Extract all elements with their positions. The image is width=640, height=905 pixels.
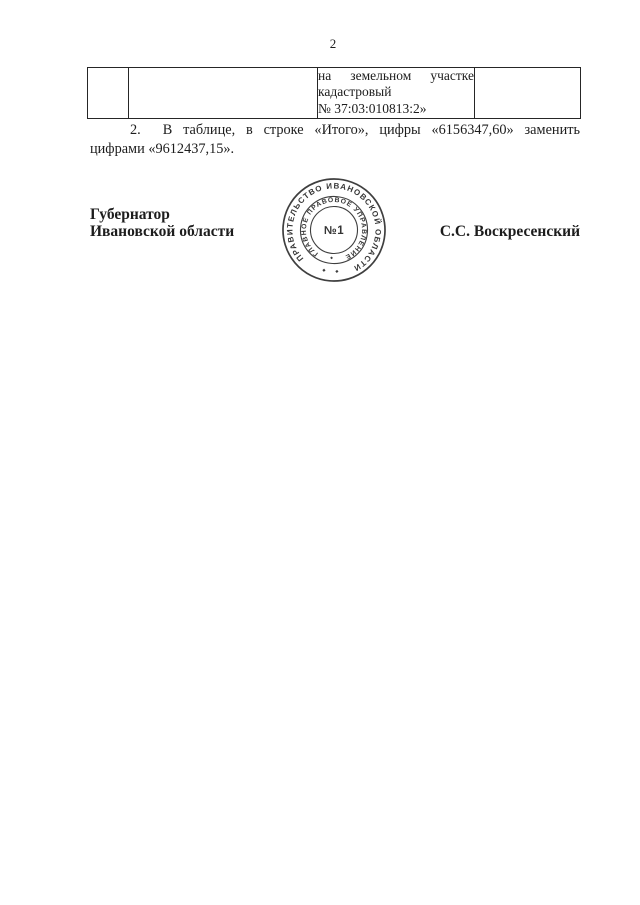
- cell-line-1: на земельном участке: [318, 68, 474, 84]
- diamond-separator-icon: [335, 270, 338, 273]
- cell-line-3: № 37:03:010813:2»: [318, 101, 474, 117]
- signatory-title-line-2: Ивановской области: [90, 224, 234, 241]
- official-stamp-seal: ПРАВИТЕЛЬСТВО ИВАНОВСКОЙ ОБЛАСТИ ГЛАВНОЕ…: [276, 172, 392, 288]
- signatory-title: Губернатор Ивановской области: [90, 207, 234, 240]
- paragraph-text: В таблице, в строке «Итого», цифры «6156…: [163, 122, 580, 138]
- document-page: 2 на земельном участке кадастровый № 37:…: [0, 0, 640, 905]
- paragraph-line-1: 2.В таблице, в строке «Итого», цифры «61…: [90, 121, 580, 140]
- amendment-table: на земельном участке кадастровый № 37:03…: [87, 67, 581, 119]
- table-cell-3: на земельном участке кадастровый № 37:03…: [318, 68, 475, 119]
- diamond-separator-icon: [330, 256, 333, 259]
- table-cell-2: [129, 68, 318, 119]
- diamond-separator-icon: [322, 269, 325, 272]
- cell-line-2: кадастровый: [318, 84, 474, 100]
- amendment-paragraph: 2.В таблице, в строке «Итого», цифры «61…: [90, 121, 580, 159]
- item-number: 2.: [130, 122, 141, 138]
- signatory-title-line-1: Губернатор: [90, 207, 234, 224]
- table-cell-1: [88, 68, 129, 119]
- paragraph-line-2: цифрами «9612437,15».: [90, 140, 580, 159]
- table-row: на земельном участке кадастровый № 37:03…: [88, 68, 581, 119]
- signatory-name: С.С. Воскресенский: [440, 223, 580, 241]
- page-number: 2: [0, 36, 640, 52]
- table-cell-4: [475, 68, 581, 119]
- stamp-center-number: №1: [324, 225, 344, 237]
